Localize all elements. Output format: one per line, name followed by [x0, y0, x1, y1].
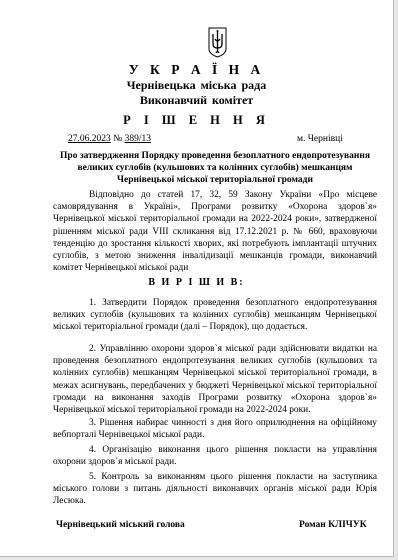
- decision-subject: Про затвердження Порядку проведення безо…: [50, 150, 380, 186]
- item-1: 1. Затвердити Порядок проведення безопла…: [53, 297, 377, 334]
- committee-name: Виконавчий комітет: [0, 93, 393, 108]
- item-4: 4. Організацію виконання цього рішення п…: [53, 444, 377, 468]
- city: м. Чернівці: [297, 134, 343, 144]
- decision-date-number: 27.06.2023 № 389/13: [68, 134, 151, 144]
- item-2: 2. Управлінню охорони здоров`я міської р…: [53, 343, 377, 416]
- document-type: Р І Ш Е Н Н Я: [0, 113, 393, 128]
- council-name: Чернівецька міська рада: [0, 78, 393, 93]
- document-page: У К Р А Ї Н А Чернівецька міська рада Ви…: [0, 0, 394, 557]
- signatory-position: Чернівецький міський голова: [56, 520, 185, 530]
- intro-paragraph: Відповідно до статей 17, 32, 59 Закону У…: [53, 189, 377, 274]
- decision-number: 389/13: [125, 134, 151, 144]
- item-3: 3. Рішення набирає чинності з дня його о…: [53, 417, 377, 441]
- country-title: У К Р А Ї Н А: [0, 62, 393, 78]
- trident-coat-of-arms-icon: [208, 27, 227, 58]
- resolved-heading: В И Р І Ш И В:: [0, 277, 393, 289]
- signatory-name: Роман КЛІЧУК: [299, 520, 367, 530]
- number-sign: №: [113, 134, 122, 144]
- decision-date: 27.06.2023: [68, 134, 111, 144]
- item-5: 5. Контроль за виконанням цього рішення …: [53, 471, 377, 508]
